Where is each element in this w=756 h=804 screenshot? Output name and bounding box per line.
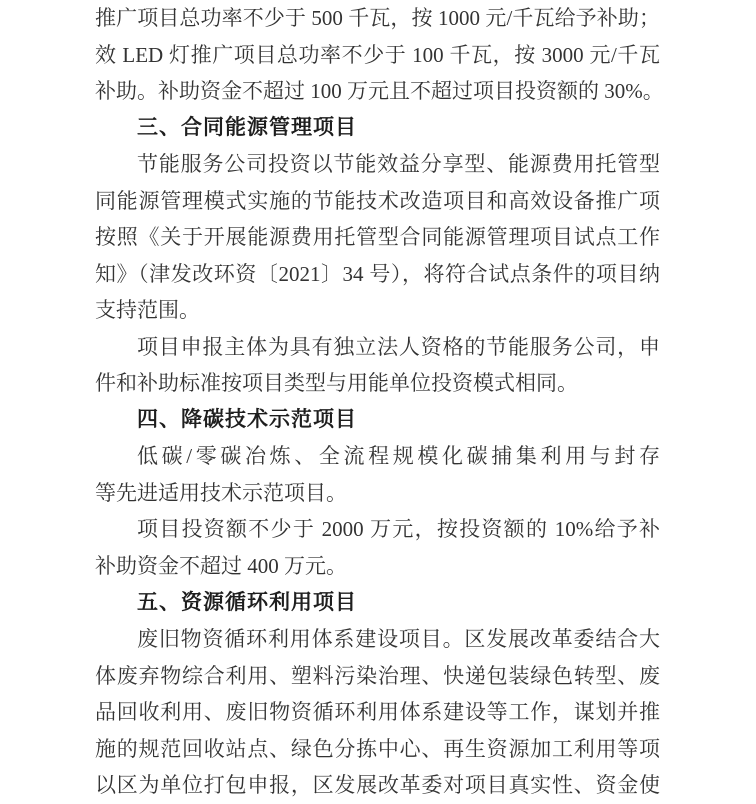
text-line: 以区为单位打包申报，区发展改革委对项目真实性、资金使用、	[95, 767, 660, 804]
section-heading: 四、降碳技术示范项目	[95, 402, 660, 439]
section-heading: 三、合同能源管理项目	[95, 110, 660, 147]
text-line: 体废弃物综合利用、塑料污染治理、快递包装绿色转型、废纺织	[95, 658, 660, 695]
text-line: 项目申报主体为具有独立法人资格的节能服务公司，申报条	[95, 329, 660, 366]
text-line: 等先进适用技术示范项目。	[95, 475, 660, 512]
section-heading: 五、资源循环利用项目	[95, 585, 660, 622]
text-line: 低碳/零碳冶炼、全流程规模化碳捕集利用与封存（CCUS）	[95, 438, 660, 475]
document-body: 推广项目总功率不少于 500 千瓦，按 1000 元/千瓦给予补助；高效 LED…	[95, 0, 660, 804]
document-page: 推广项目总功率不少于 500 千瓦，按 1000 元/千瓦给予补助；高效 LED…	[0, 0, 756, 804]
text-line: 推广项目总功率不少于 500 千瓦，按 1000 元/千瓦给予补助；高	[95, 0, 660, 37]
text-line: 节能服务公司投资以节能效益分享型、能源费用托管型等合	[95, 146, 660, 183]
text-line: 项目投资额不少于 2000 万元，按投资额的 10%给予补助，	[95, 511, 660, 548]
text-line: 补助资金不超过 400 万元。	[95, 548, 660, 585]
text-line: 按照《关于开展能源费用托管型合同能源管理项目试点工作的通	[95, 219, 660, 256]
text-line: 支持范围。	[95, 292, 660, 329]
text-line: 施的规范回收站点、绿色分拣中心、再生资源加工利用等项目。	[95, 731, 660, 768]
text-line: 废旧物资循环利用体系建设项目。区发展改革委结合大宗固	[95, 621, 660, 658]
text-line: 同能源管理模式实施的节能技术改造项目和高效设备推广项目。	[95, 183, 660, 220]
text-line: 品回收利用、废旧物资循环利用体系建设等工作，谋划并推动实	[95, 694, 660, 731]
text-line: 效 LED 灯推广项目总功率不少于 100 千瓦，按 3000 元/千瓦给予	[95, 37, 660, 74]
text-line: 件和补助标准按项目类型与用能单位投资模式相同。	[95, 365, 660, 402]
text-line: 补助。补助资金不超过 100 万元且不超过项目投资额的 30%。	[95, 73, 660, 110]
text-line: 知》（津发改环资〔2021〕34 号），将符合试点条件的项目纳入	[95, 256, 660, 293]
